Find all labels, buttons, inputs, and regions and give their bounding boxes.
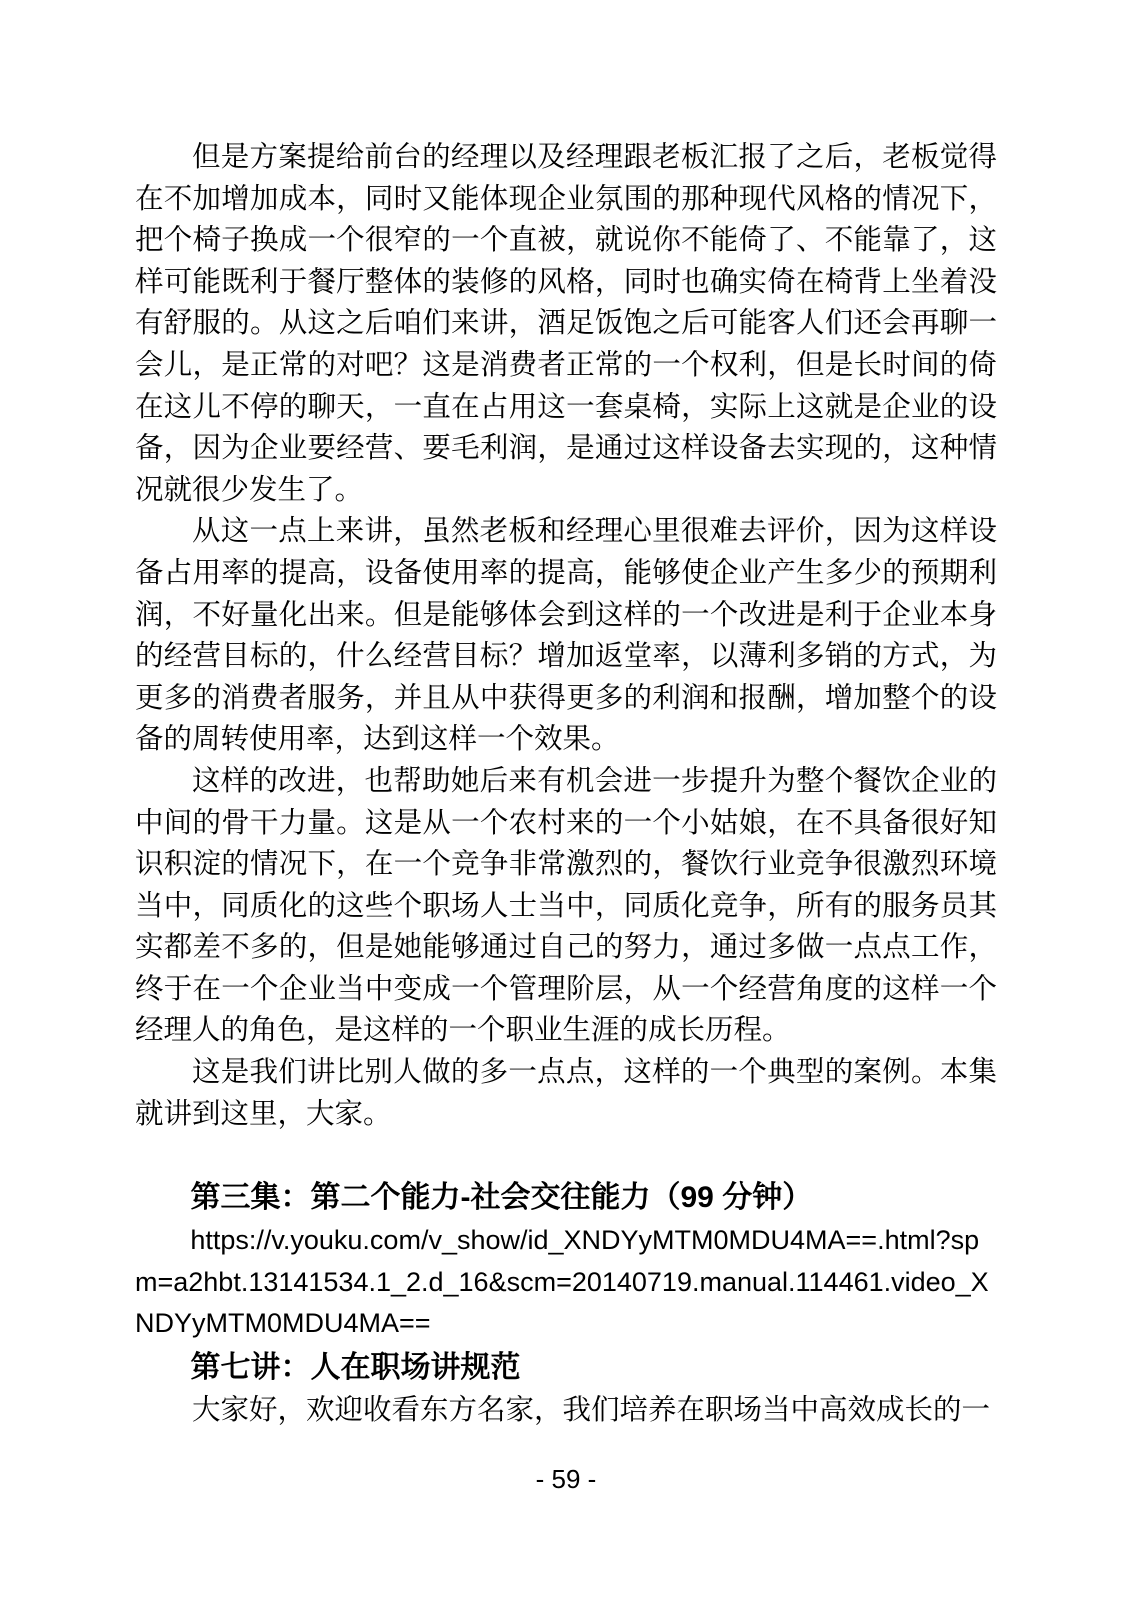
episode3-video-url: https://v.youku.com/v_show/id_XNDYyMTM0M… (135, 1220, 997, 1345)
paragraph-career-growth: 这样的改进，也帮助她后来有机会进一步提升为整个餐饮企业的中间的骨干力量。这是从一… (135, 761, 997, 1052)
lecture7-opening-paragraph: 大家好，欢迎收看东方名家，我们培养在职场当中高效成长的一 (135, 1390, 997, 1432)
paragraph-episode-closing: 这是我们讲比别人做的多一点点，这样的一个典型的案例。本集就讲到这里，大家。 (135, 1052, 997, 1135)
page-number: - 59 - (135, 1462, 997, 1496)
page-content: 但是方案提给前台的经理以及经理跟老板汇报了之后，老板觉得在不加增加成本，同时又能… (135, 137, 997, 1432)
paragraph-chair-story: 但是方案提给前台的经理以及经理跟老板汇报了之后，老板觉得在不加增加成本，同时又能… (135, 137, 997, 511)
lecture7-heading: 第七讲：人在职场讲规范 (135, 1345, 997, 1390)
episode3-heading: 第三集：第二个能力-社会交往能力（99 分钟） (135, 1175, 997, 1220)
document-page: 但是方案提给前台的经理以及经理跟老板汇报了之后，老板觉得在不加增加成本，同时又能… (0, 0, 1131, 1600)
paragraph-equipment-utilization: 从这一点上来讲，虽然老板和经理心里很难去评价，因为这样设备占用率的提高，设备使用… (135, 511, 997, 761)
